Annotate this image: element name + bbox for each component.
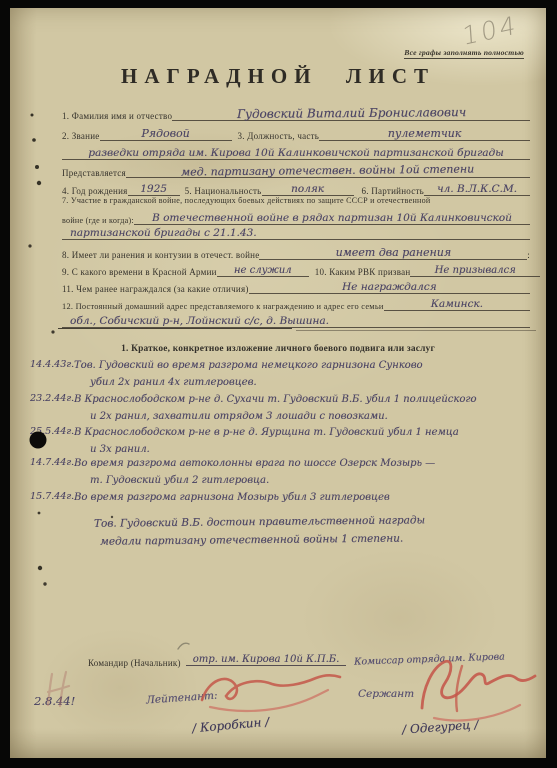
field-label: 7. Участие в гражданской войне, последую… [62,196,430,205]
field-value-handwritten: Не призывался [435,266,516,277]
ink-speck [38,566,42,570]
field-value-handwritten: не служил [234,266,292,277]
underline-fill: обл., Собичский р-н, Лойнский с/с, д. Вы… [62,310,530,328]
ink-speck [31,114,34,117]
field-label: 5. Национальность [185,186,262,196]
feat-line: Во время разгрома гарнизона Мозырь убил … [74,490,532,507]
red-signature-left-flourish [210,690,328,711]
field-value-handwritten: имеет два ранения [336,247,452,259]
field-label: 4. Год рождения [62,186,128,196]
paper-stain [300,548,500,688]
feat-entry: 14.7.44г. Во время разгрома автоколонны … [10,456,532,489]
feat-text: В Краснослободском р-не д. Сухачи т. Гуд… [74,392,532,425]
field-label: 3. Должность, часть [238,131,320,141]
field-row-birth-nationality-party: 4. Год рождения 1925 5. Национальность п… [62,178,530,196]
field-value-handwritten: Гудовский Виталий Брониславович [236,106,465,121]
field-label: 6. Партийность [362,186,425,196]
feat-line: Тов. Гудовский во время разгрома немецко… [74,358,532,375]
field-value-handwritten: поляк [291,184,324,195]
feat-text: В Краснослободском р-не в р-не д. Яурщин… [74,425,532,458]
red-signature-right [422,661,535,708]
field-value-handwritten: Не награждался [342,282,437,293]
ink-speck [43,582,46,585]
field-value-handwritten: 1925 [140,184,167,195]
feat-line: убил 2х ранил 4х гитлеровцев. [90,375,532,392]
underline-fill: чл. В.Л.К.С.М. [424,178,530,196]
scan-background: { "colors": { "paper": "#d1c7a3", "ink_t… [0,0,557,768]
underline-fill: Не призывался [410,259,540,277]
field-value-handwritten: мед. партизану отечествен. войны 1ой сте… [181,163,474,178]
underline-fill: Гудовский Виталий Брониславович [172,103,530,121]
feat-date: 15.7.44г. [30,491,74,502]
ink-speck [32,138,36,142]
field-value-handwritten: обл., Собичский р-н, Лойнский с/с, д. Вы… [70,316,329,327]
pencil-tick [178,643,189,649]
field-value-handwritten: партизанской бригады с 21.1.43. [70,228,257,239]
signature-date: 2.8.44! [34,694,75,708]
feat-line: В Краснослободском р-не в р-не д. Яурщин… [74,425,532,442]
field-value-handwritten: пулеметчик [388,128,462,140]
underline-fill: пулеметчик [319,123,530,141]
field-row-war-participation-label: 7. Участие в гражданской войне, последую… [62,196,530,205]
underline-fill: не служил [217,259,309,277]
fill-all-fields-note: Все графы заполнять полностью [404,48,524,59]
underline-fill: разведки отряда им. Кирова 10й Калинкови… [62,142,530,160]
field-value-handwritten: чл. В.Л.К.С.М. [437,184,517,195]
rank-left-handwritten: Лейтенант: [146,690,218,707]
underline-fill: имеет два ранения [259,242,527,260]
feat-line: В Краснослободском р-не д. Сухачи т. Гуд… [74,392,532,409]
commander-label: Командир (Начальник) [88,658,181,668]
feat-entry: 25.5.44г. В Краснослободском р-не в р-не… [10,425,532,458]
field-row-home-address: 12. Постоянный домашний адрес представля… [62,293,530,311]
feat-text: Во время разгрома автоколонны врага по ш… [74,456,532,489]
field-value-handwritten: Рядовой [141,128,189,140]
field-label: 1. Фамилия имя и отчество [62,111,172,121]
pencil-page-number: 104 [462,10,520,51]
underline-fill: Не награждался [249,276,530,294]
feat-line: т. Гудовский убил 2 гитлеровца. [90,473,532,490]
feat-text: Тов. Гудовский во время разгрома немецко… [74,358,532,391]
ink-speck [37,181,41,185]
field-row-army-service: 9. С какого времени в Красной Армии не с… [62,259,540,277]
feat-date: 23.2.44г. [30,393,74,404]
feat-date: 14.7.44г. [30,457,74,468]
feat-line: Во время разгрома автоколонны врага по ш… [74,456,532,473]
name-left-handwritten: / Коробкин / [192,715,270,736]
field-row-war-participation-2: партизанской бригады с 21.1.43. [62,222,530,240]
field-label: 2. Звание [62,131,100,141]
field-row-recommended-award: Представляется мед. партизану отечествен… [62,160,530,178]
document-title: НАГРАДНОЙ ЛИСТ [10,64,546,89]
feat-text: Во время разгрома гарнизона Мозырь убил … [74,490,532,507]
ink-speck [51,330,54,333]
underline-fill: 1925 [128,178,180,196]
commander-unit-handwritten: отр. им. Кирова 10й К.П.Б. [186,654,346,666]
underline-fill: Рядовой [100,123,232,141]
underline-fill: партизанской бригады с 21.1.43. [62,222,530,240]
feat-date: 14.4.43г. [30,359,74,370]
field-row-previous-awards: 11. Чем ранее награждался (за какие отли… [62,276,530,294]
red-signature-left [202,675,340,700]
underline-fill: Каминск. [384,293,530,311]
ink-speck [38,512,41,515]
field-row-unit: разведки отряда им. Кирова 10й Калинкови… [62,142,530,160]
field-value-handwritten: Каминск. [431,299,483,310]
conclusion-line: медали партизану отечественной войны 1 с… [100,529,425,550]
feat-entry: 14.4.43г. Тов. Гудовский во время разгро… [10,358,532,391]
underline-fill: поляк [262,178,354,196]
conclusion: Тов. Гудовский В.Б. достоин правительств… [94,511,425,550]
red-signature-right-stroke [456,666,462,711]
field-row-rank-position: 2. Звание Рядовой 3. Должность, часть пу… [62,123,530,141]
field-row-wounds: 8. Имеет ли ранения и контузии в отечест… [62,242,530,260]
field-label: Представляется [62,168,126,178]
field-row-home-address-2: обл., Собичский р-н, Лойнский с/с, д. Вы… [62,310,530,328]
award-sheet-paper: 104 Все графы заполнять полностью НАГРАД… [10,8,546,758]
name-right-handwritten: / Одегурец / [402,717,479,736]
feat-entry: 15.7.44г. Во время разгрома гарнизона Мо… [10,490,532,507]
ink-speck [35,165,39,169]
field-value-handwritten: разведки отряда им. Кирова 10й Калинкови… [88,148,503,159]
ink-speck [28,244,31,247]
feat-line: и 2х ранил, захватили отрядом 3 лошади с… [90,409,532,426]
feat-entry: 23.2.44г. В Краснослободском р-не д. Сух… [10,392,532,425]
underline-fill: мед. партизану отечествен. войны 1ой сте… [126,160,530,178]
feat-date: 25.5.44г. [30,426,74,437]
separator-line [58,328,292,329]
feats-section-header: 1. Краткое, конкретное изложение личного… [10,344,546,354]
field-row-name: 1. Фамилия имя и отчество Гудовский Вита… [62,103,530,121]
commissar-handwritten: Комиссар отряда им. Кирова [354,651,505,667]
rank-right-handwritten: Сержант [358,688,414,700]
separator-line [296,330,536,331]
paper-stain [40,628,200,748]
